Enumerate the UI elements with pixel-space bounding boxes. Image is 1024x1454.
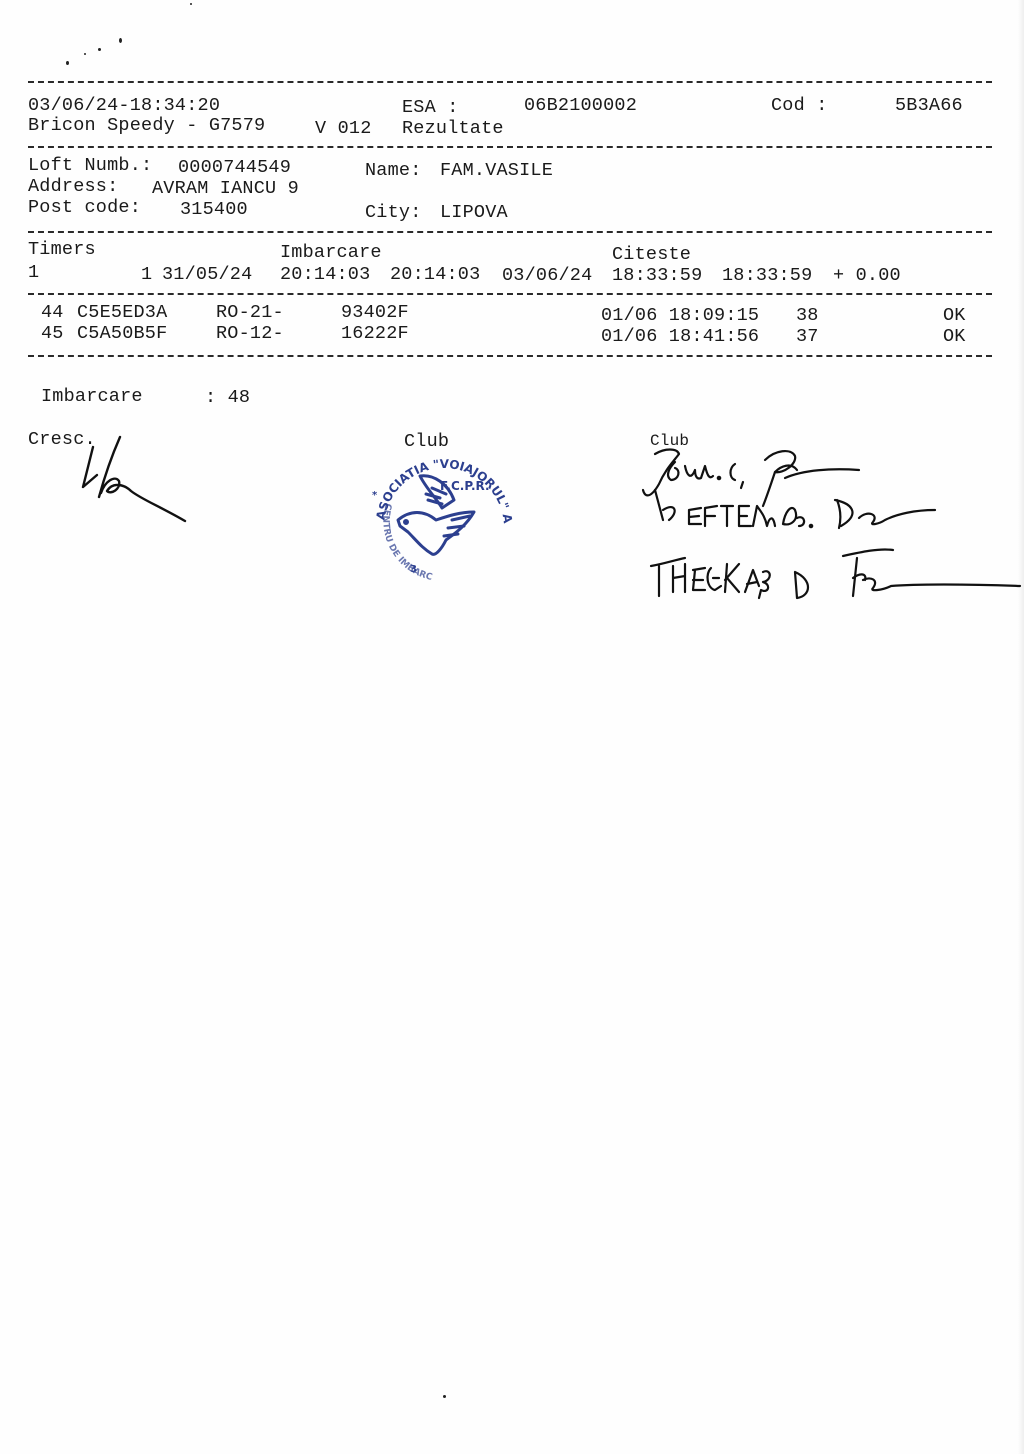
citeste-label: Citeste: [612, 244, 691, 265]
reading-time-1: 18:33:59: [612, 265, 702, 286]
basketed-count-label: Imbarcare: [41, 386, 143, 407]
address-label: Address:: [28, 176, 118, 197]
commission-signatures: [635, 440, 1024, 615]
result-arrival-time: 01/06 18:41:56: [601, 326, 759, 347]
timer-index: 1: [141, 264, 152, 285]
receipt-page: 03/06/24-18:34:20 ESA : 06B2100002 Cod :…: [0, 0, 1024, 1454]
club-stamp: ASOCIATIA "VOIAJORUL" ARAD CENTRU DE IMB…: [362, 448, 527, 588]
imbarcare-label: Imbarcare: [280, 242, 382, 263]
basketing-time-1: 20:14:03: [280, 264, 370, 285]
scan-speck: [119, 38, 122, 43]
firmware-version: V 012: [315, 118, 372, 139]
result-ring-prefix: RO-12-: [216, 323, 284, 344]
result-count: 37: [796, 326, 819, 347]
timers-label: Timers: [28, 239, 96, 260]
stamp-number: 3: [410, 564, 417, 575]
svg-text:ASOCIATIA "VOIAJORUL" ARAD: ASOCIATIA "VOIAJORUL" ARAD: [357, 437, 515, 525]
loft-number-value: 0000744549: [178, 157, 291, 178]
divider: [28, 81, 992, 83]
result-chip-id: C5E5ED3A: [77, 302, 167, 323]
result-position: 45: [41, 323, 64, 344]
name-label: Name:: [365, 160, 422, 181]
report-datetime: 03/06/24-18:34:20: [28, 95, 220, 116]
basketing-time-2: 20:14:03: [390, 264, 480, 285]
svg-text:*: *: [372, 490, 378, 501]
reading-time-2: 18:33:59: [722, 265, 812, 286]
timer-number: 1: [28, 262, 39, 283]
postcode-label: Post code:: [28, 197, 141, 218]
esa-label: ESA :: [402, 97, 459, 118]
result-ring-number: 93402F: [341, 302, 409, 323]
result-status: OK: [943, 326, 966, 347]
address-value: AVRAM IANCU 9: [152, 178, 299, 199]
scan-speck: [443, 1395, 446, 1398]
device-name: Bricon Speedy - G7579: [28, 115, 265, 136]
result-position: 44: [41, 302, 64, 323]
cod-label: Cod :: [771, 95, 828, 116]
paper-edge: [1018, 0, 1024, 1454]
basketing-date: 31/05/24: [162, 264, 252, 285]
stamp-arc-text: ASOCIATIA "VOIAJORUL" ARAD: [357, 437, 515, 525]
postcode-value: 315400: [180, 199, 248, 220]
scan-speck: [66, 61, 69, 65]
divider: [28, 231, 992, 233]
result-arrival-time: 01/06 18:09:15: [601, 305, 759, 326]
result-status: OK: [943, 305, 966, 326]
result-chip-id: C5A50B5F: [77, 323, 167, 344]
city-label: City:: [365, 202, 422, 223]
clock-deviation: + 0.00: [833, 265, 901, 286]
scan-speck: [98, 48, 101, 51]
basketed-count-value: : 48: [205, 387, 250, 408]
result-count: 38: [796, 305, 819, 326]
reading-date: 03/06/24: [502, 265, 592, 286]
scan-speck: [84, 53, 86, 55]
divider: [28, 146, 992, 148]
result-ring-prefix: RO-21-: [216, 302, 284, 323]
city-value: LIPOVA: [440, 202, 508, 223]
esa-value: 06B2100002: [524, 95, 637, 116]
report-type: Rezultate: [402, 118, 504, 139]
cod-value: 5B3A66: [895, 95, 963, 116]
loft-number-label: Loft Numb.:: [28, 155, 152, 176]
name-value: FAM.VASILE: [440, 160, 553, 181]
result-ring-number: 16222F: [341, 323, 409, 344]
divider: [28, 293, 992, 295]
breeder-signature: [75, 435, 195, 525]
divider: [28, 355, 992, 357]
scan-speck: [190, 3, 192, 5]
